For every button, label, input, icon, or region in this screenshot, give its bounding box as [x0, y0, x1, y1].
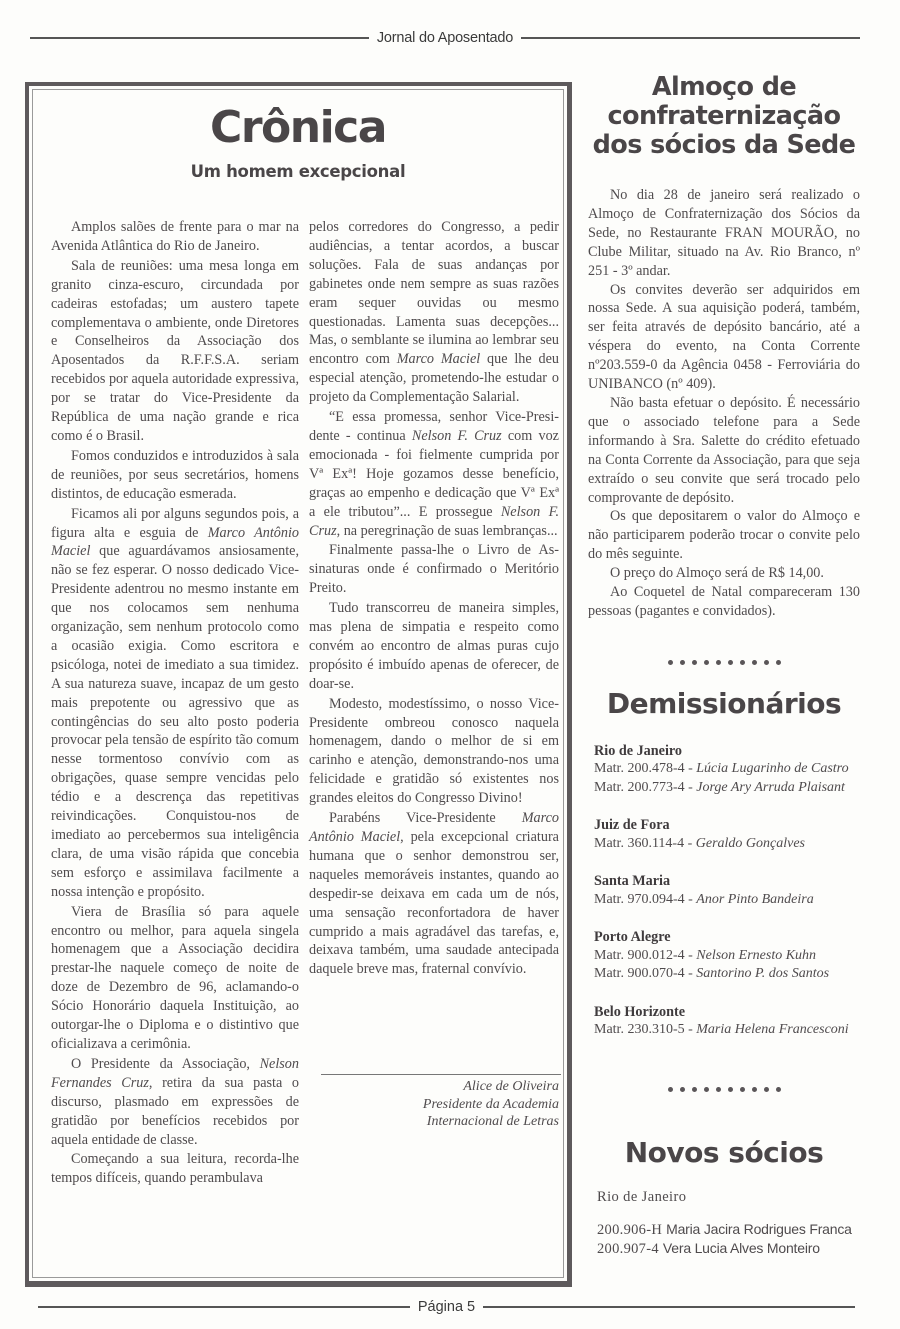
almoco-paragraph: O preço do Almoço será de R$ 14,00.: [588, 564, 860, 583]
article-paragraph: Amplos salões de frente para o mar na Av…: [51, 218, 299, 256]
signature-divider: [321, 1074, 561, 1075]
almoco-paragraph: Ao Coquetel de Natal compareceram 130 pe…: [588, 583, 860, 621]
almoco-headline-line-3: dos sócios da Sede: [588, 131, 860, 160]
article-paragraph: O Presidente da Associação, Nel­son Fern…: [51, 1055, 299, 1150]
demissionarios-group: Porto AlegreMatr. 900.012-4 - Nelson Ern…: [588, 928, 860, 984]
new-member-entry: 200.906-HMaria Jacira Rodrigues Franca: [597, 1220, 860, 1239]
almoco-paragraph: Não basta efetuar o depósito. É neces­sá…: [588, 394, 860, 507]
almoco-paragraph: Os que depositarem o valor do Almoço e n…: [588, 507, 860, 564]
cronica-article-box: Crônica Um homem excepcional Amplos salõ…: [25, 82, 572, 1287]
city-heading: Rio de Janeiro: [594, 742, 860, 761]
demissionarios-group: Rio de JaneiroMatr. 200.478-4 - Lúcia Lu…: [588, 742, 860, 798]
header-rule-right: [521, 37, 860, 39]
running-footer: Página 5: [38, 1297, 855, 1317]
article-paragraph: Começando a sua leitura, recorda-lhe tem…: [51, 1150, 299, 1188]
novos-socios-city: Rio de Janeiro: [588, 1189, 860, 1206]
demissionarios-group: Santa MariaMatr. 970.094-4 - Anor Pinto …: [588, 872, 860, 909]
city-heading: Juiz de Fora: [594, 816, 860, 835]
demissionarios-group: Belo HorizonteMatr. 230.310-5 - Maria He…: [588, 1003, 860, 1040]
article-paragraph: “E essa promessa, senhor Vice-Presi­dent…: [309, 408, 559, 540]
article-paragraph: Fomos conduzidos e introduzidos à sala d…: [51, 447, 299, 504]
article-paragraph: Viera de Brasília só para aquele encontr…: [51, 903, 299, 1054]
member-entry: Matr. 360.114-4 - Geraldo Gonçalves: [594, 835, 860, 854]
member-entry: Matr. 230.310-5 - Maria Helena Francesco…: [594, 1021, 860, 1040]
almoco-article-body: No dia 28 de janeiro será realizado o Al…: [588, 186, 860, 621]
footer-rule-left: [38, 1306, 410, 1308]
article-paragraph: Modesto, modestíssimo, o nosso Vice-Pres…: [309, 695, 559, 808]
author-name: Alice de Oliveira: [321, 1078, 559, 1096]
publication-name: Jornal do Aposentado: [369, 30, 521, 46]
novos-socios-list: 200.906-HMaria Jacira Rodrigues Franca20…: [588, 1220, 860, 1258]
almoco-headline-line-2: confraternização: [588, 102, 860, 131]
article-paragraph: Tudo transcorreu de maneira simples, mas…: [309, 599, 559, 694]
dot-separator: [588, 1080, 860, 1096]
demissionarios-title: Demissionários: [588, 687, 860, 720]
page-number: Página 5: [410, 1299, 483, 1315]
running-header: Jornal do Aposentado: [30, 28, 860, 48]
cronica-column-2: pelos corredores do Congresso, a pedir a…: [309, 218, 559, 979]
cronica-subtitle: Um homem excepcional: [33, 162, 563, 181]
article-paragraph: Ficamos ali por alguns segundos pois, a …: [51, 505, 299, 902]
member-entry: Matr. 200.478-4 - Lúcia Lugarinho de Cas…: [594, 760, 860, 779]
dot-separator: [588, 653, 860, 669]
new-member-entry: 200.907-4Vera Lucia Alves Monteiro: [597, 1239, 860, 1258]
almoco-headline-line-1: Almoço de: [588, 73, 860, 102]
article-paragraph: pelos corredores do Congresso, a pedir a…: [309, 218, 559, 407]
author-role-line-2: Internacional de Letras: [321, 1113, 559, 1131]
city-heading: Belo Horizonte: [594, 1003, 860, 1022]
member-entry: Matr. 900.012-4 - Nelson Ernesto Kuhn: [594, 947, 860, 966]
almoco-paragraph: Os convites deverão ser adquiridos em no…: [588, 281, 860, 394]
member-entry: Matr. 970.094-4 - Anor Pinto Bandeira: [594, 891, 860, 910]
demissionarios-list: Rio de JaneiroMatr. 200.478-4 - Lúcia Lu…: [588, 742, 860, 1040]
article-paragraph: Sala de reuniões: uma mesa longa em gran…: [51, 257, 299, 446]
cronica-section-title: Crônica: [33, 102, 563, 153]
author-signature: Alice de Oliveira Presidente da Academia…: [321, 1078, 559, 1131]
right-column: Almoço de confraternização dos sócios da…: [588, 70, 860, 1258]
city-heading: Porto Alegre: [594, 928, 860, 947]
member-entry: Matr. 900.070-4 - Santorino P. dos Santo…: [594, 965, 860, 984]
demissionarios-group: Juiz de ForaMatr. 360.114-4 - Geraldo Go…: [588, 816, 860, 853]
almoco-headline: Almoço de confraternização dos sócios da…: [588, 73, 860, 160]
novos-socios-title: Novos sócios: [588, 1136, 860, 1169]
author-role-line-1: Presidente da Academia: [321, 1096, 559, 1114]
article-paragraph: Parabéns Vice-Presidente Marco Antônio M…: [309, 809, 559, 979]
member-entry: Matr. 200.773-4 - Jorge Ary Arruda Plais…: [594, 779, 860, 798]
city-heading: Santa Maria: [594, 872, 860, 891]
almoco-paragraph: No dia 28 de janeiro será realizado o Al…: [588, 186, 860, 281]
footer-rule-right: [483, 1306, 855, 1308]
header-rule-left: [30, 37, 369, 39]
article-paragraph: Finalmente passa-lhe o Livro de As­sinat…: [309, 541, 559, 598]
cronica-column-1: Amplos salões de frente para o mar na Av…: [51, 218, 299, 1188]
cronica-inner-frame: Crônica Um homem excepcional Amplos salõ…: [32, 89, 564, 1278]
